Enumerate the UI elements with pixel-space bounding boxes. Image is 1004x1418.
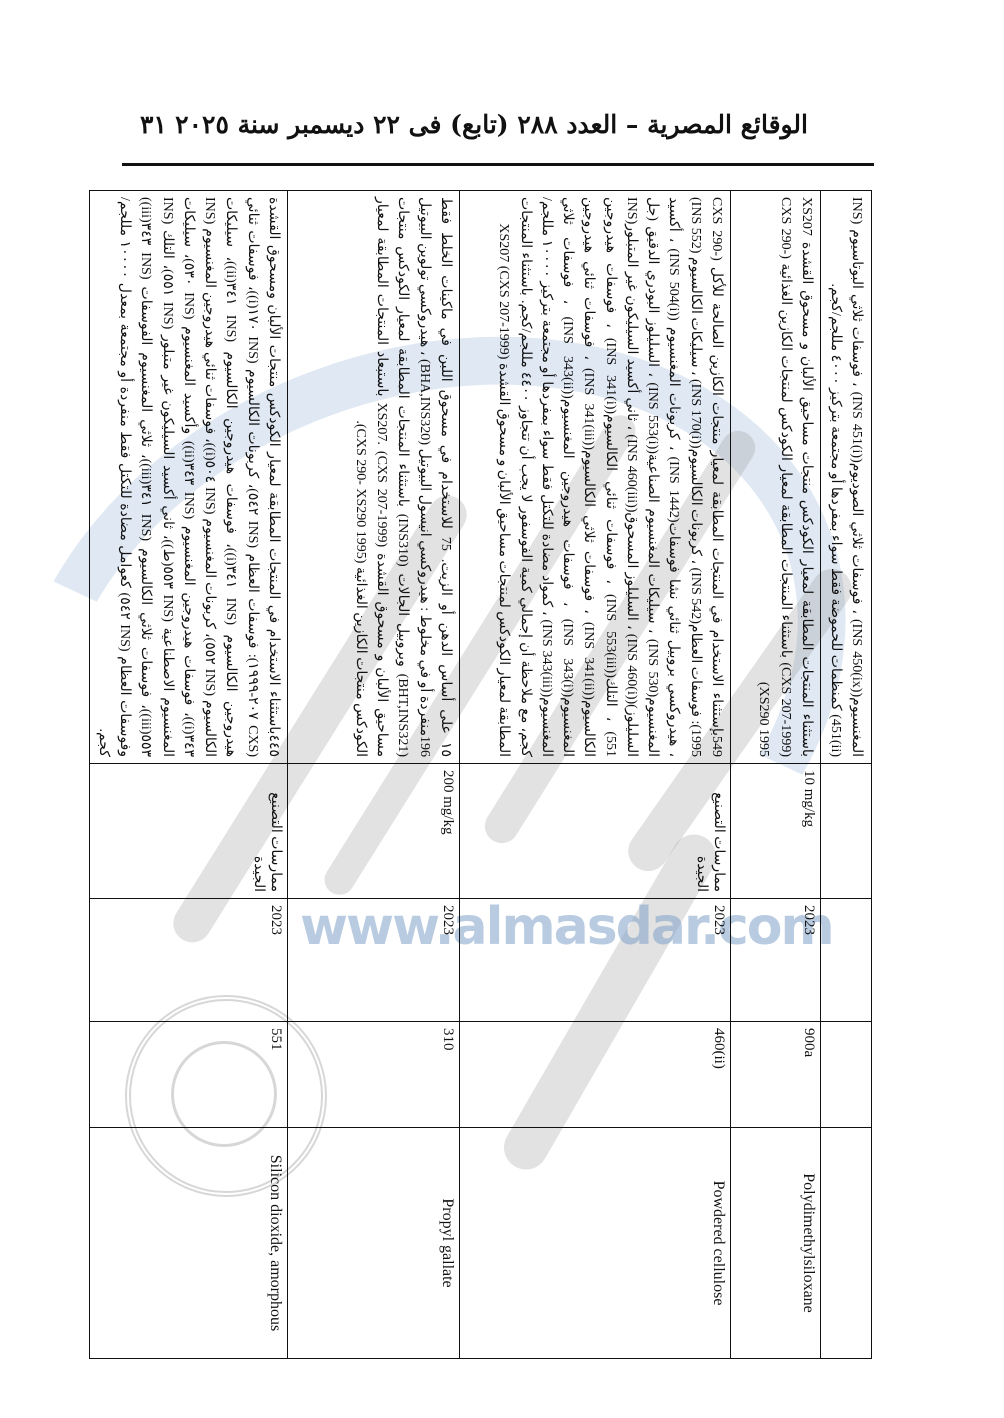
max-level-cell: 10 mg/kg <box>731 764 821 899</box>
additive-name-cell: Polydimethylsiloxane <box>731 1128 821 1359</box>
year-cell: 2023 <box>460 899 731 1022</box>
additive-name-cell: Powdered cellulose <box>460 1128 731 1359</box>
header-divider <box>122 163 874 166</box>
additive-name-cell: Propyl gallate <box>288 1128 460 1359</box>
page-number: ٣١ <box>140 110 167 139</box>
ins-cell: 900a <box>731 1022 821 1128</box>
year-cell <box>821 899 872 1022</box>
table-row: ٤٤٥باستثناء الاستخدام في المنتجات المطاب… <box>89 191 287 1359</box>
gmp-label: ممارسات التصنيع الجيدة <box>693 770 727 892</box>
page-header: الوقائع المصرية – العدد ٢٨٨ (تابع) فى ٢٢… <box>130 104 870 154</box>
year-cell: 2023 <box>731 899 821 1022</box>
table-row: 549بإستثناء الاستخدام في المنتجات المطاب… <box>460 191 731 1359</box>
max-level-cell: ممارسات التصنيع الجيدة <box>460 764 731 899</box>
food-additives-table: المغنسيوم(INS 450(ix)) ، فوسفات ثلاثي ال… <box>89 190 872 1359</box>
year-cell: 2023 <box>288 899 460 1022</box>
max-level-cell <box>821 764 872 899</box>
notes-cell: ١٥ على أساس الدهن أو الزيت. 75 للاستخدام… <box>288 191 460 764</box>
rotated-table: المغنسيوم(INS 450(ix)) ، فوسفات ثلاثي ال… <box>133 190 872 1293</box>
max-level-cell: ممارسات التصنيع الجيدة <box>89 764 287 899</box>
additives-table-container: المغنسيوم(INS 450(ix)) ، فوسفات ثلاثي ال… <box>133 190 872 1293</box>
ins-cell: 551 <box>89 1022 287 1128</box>
table-row: باستثناء المنتجات المطابقة لمعيار الكودك… <box>731 191 821 1359</box>
gmp-label: ممارسات التصنيع الجيدة <box>250 770 284 892</box>
gazette-title: الوقائع المصرية – العدد ٢٨٨ (تابع) فى ٢٢… <box>175 110 808 139</box>
notes-cell: ٤٤٥باستثناء الاستخدام في المنتجات المطاب… <box>89 191 287 764</box>
ins-cell: 310 <box>288 1022 460 1128</box>
notes-cell: المغنسيوم(INS 450(ix)) ، فوسفات ثلاثي ال… <box>821 191 872 764</box>
year-cell: 2023 <box>89 899 287 1022</box>
table-row: المغنسيوم(INS 450(ix)) ، فوسفات ثلاثي ال… <box>821 191 872 1359</box>
ins-cell <box>821 1022 872 1128</box>
ins-cell: 460(ii) <box>460 1022 731 1128</box>
notes-cell: باستثناء المنتجات المطابقة لمعيار الكودك… <box>731 191 821 764</box>
additive-name-cell <box>821 1128 872 1359</box>
additive-name-cell: Silicon dioxide, amorphous <box>89 1128 287 1359</box>
notes-cell: 549بإستثناء الاستخدام في المنتجات المطاب… <box>460 191 731 764</box>
table-row: ١٥ على أساس الدهن أو الزيت. 75 للاستخدام… <box>288 191 460 1359</box>
max-level-cell: 200 mg/kg <box>288 764 460 899</box>
